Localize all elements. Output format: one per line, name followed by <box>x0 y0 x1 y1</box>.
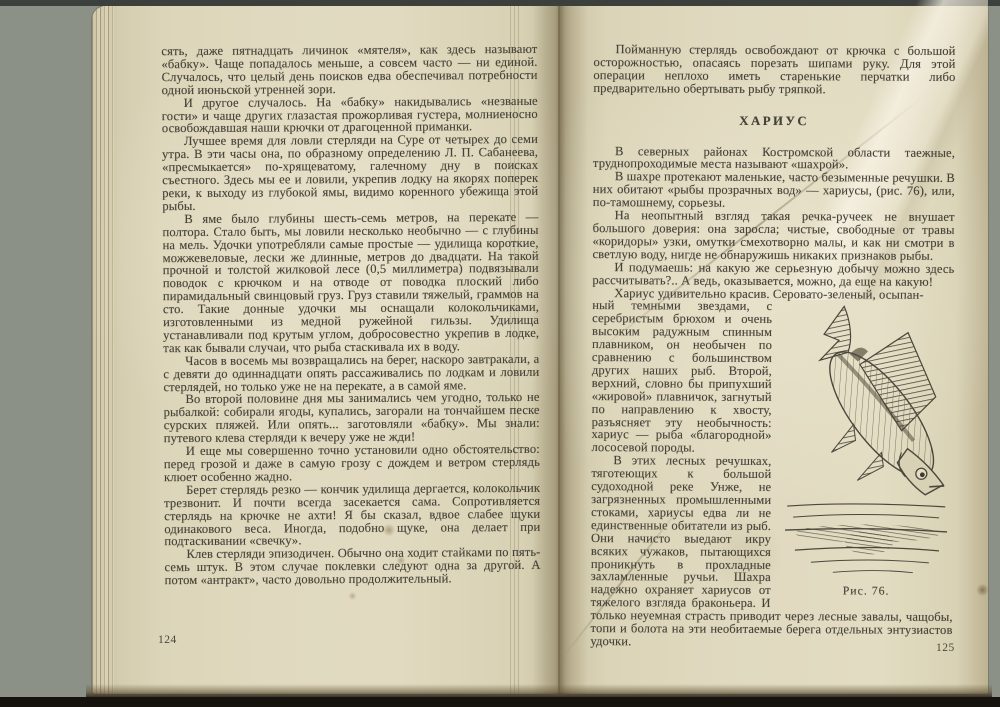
right-page-text: Пойманную стерлядь освобождают от крючка… <box>590 43 955 650</box>
paragraph: Клев стерляди эпизодичен. Обычно она ход… <box>164 546 540 587</box>
book-gutter-shadow <box>532 6 588 694</box>
figure-grayling: Рис. 76. <box>781 302 955 605</box>
page-stack-edge-left <box>92 6 114 694</box>
paragraph: Лучшее время для ловли стерляди на Суре … <box>162 133 538 213</box>
paragraph: Во второй половине дня мы занимались чем… <box>163 391 539 445</box>
paragraph: На неопытный взгляд такая речка-ручеек н… <box>592 209 954 263</box>
paragraph: И еще мы совершенно точно установили одн… <box>164 443 540 484</box>
page-number-left: 124 <box>158 634 177 646</box>
scan-edge-bottom <box>0 697 1000 707</box>
chapter-heading: ХАРИУС <box>593 114 955 129</box>
page-number-right: 125 <box>936 642 955 654</box>
book-bottom-shadow <box>86 684 992 698</box>
paragraph: И другое случалось. На «бабку» накидывал… <box>162 94 538 135</box>
paragraph: Берет стерлядь резко — кончик удилища де… <box>164 482 540 549</box>
paragraph: И подумаешь: на какую же серьезную добыч… <box>592 261 954 289</box>
scanned-book-spread: сять, даже пятнадцать личинок «мятеля», … <box>0 0 1000 707</box>
paragraph: В яме было глубины шесть-семь метров, на… <box>162 211 539 355</box>
fish-ventral-fin <box>831 425 855 453</box>
figure-caption: Рис. 76. <box>843 585 953 598</box>
paragraph: сять, даже пятнадцать личинок «мятеля», … <box>161 43 537 97</box>
water-ripples <box>785 504 947 573</box>
paragraph: Часов в восемь мы возвращались на берег,… <box>163 353 539 394</box>
fish-illustration <box>781 302 954 581</box>
fish-pectoral-fin <box>857 453 883 481</box>
left-page-text: сять, даже пятнадцать личинок «мятеля», … <box>161 43 540 587</box>
paragraph: В шахре протекают маленькие, часто безым… <box>593 170 955 211</box>
paragraph: Пойманную стерлядь освобождают от крючка… <box>593 43 955 97</box>
gutter-crease <box>558 6 560 694</box>
paragraph: В северных районах Костромской области т… <box>593 145 955 173</box>
